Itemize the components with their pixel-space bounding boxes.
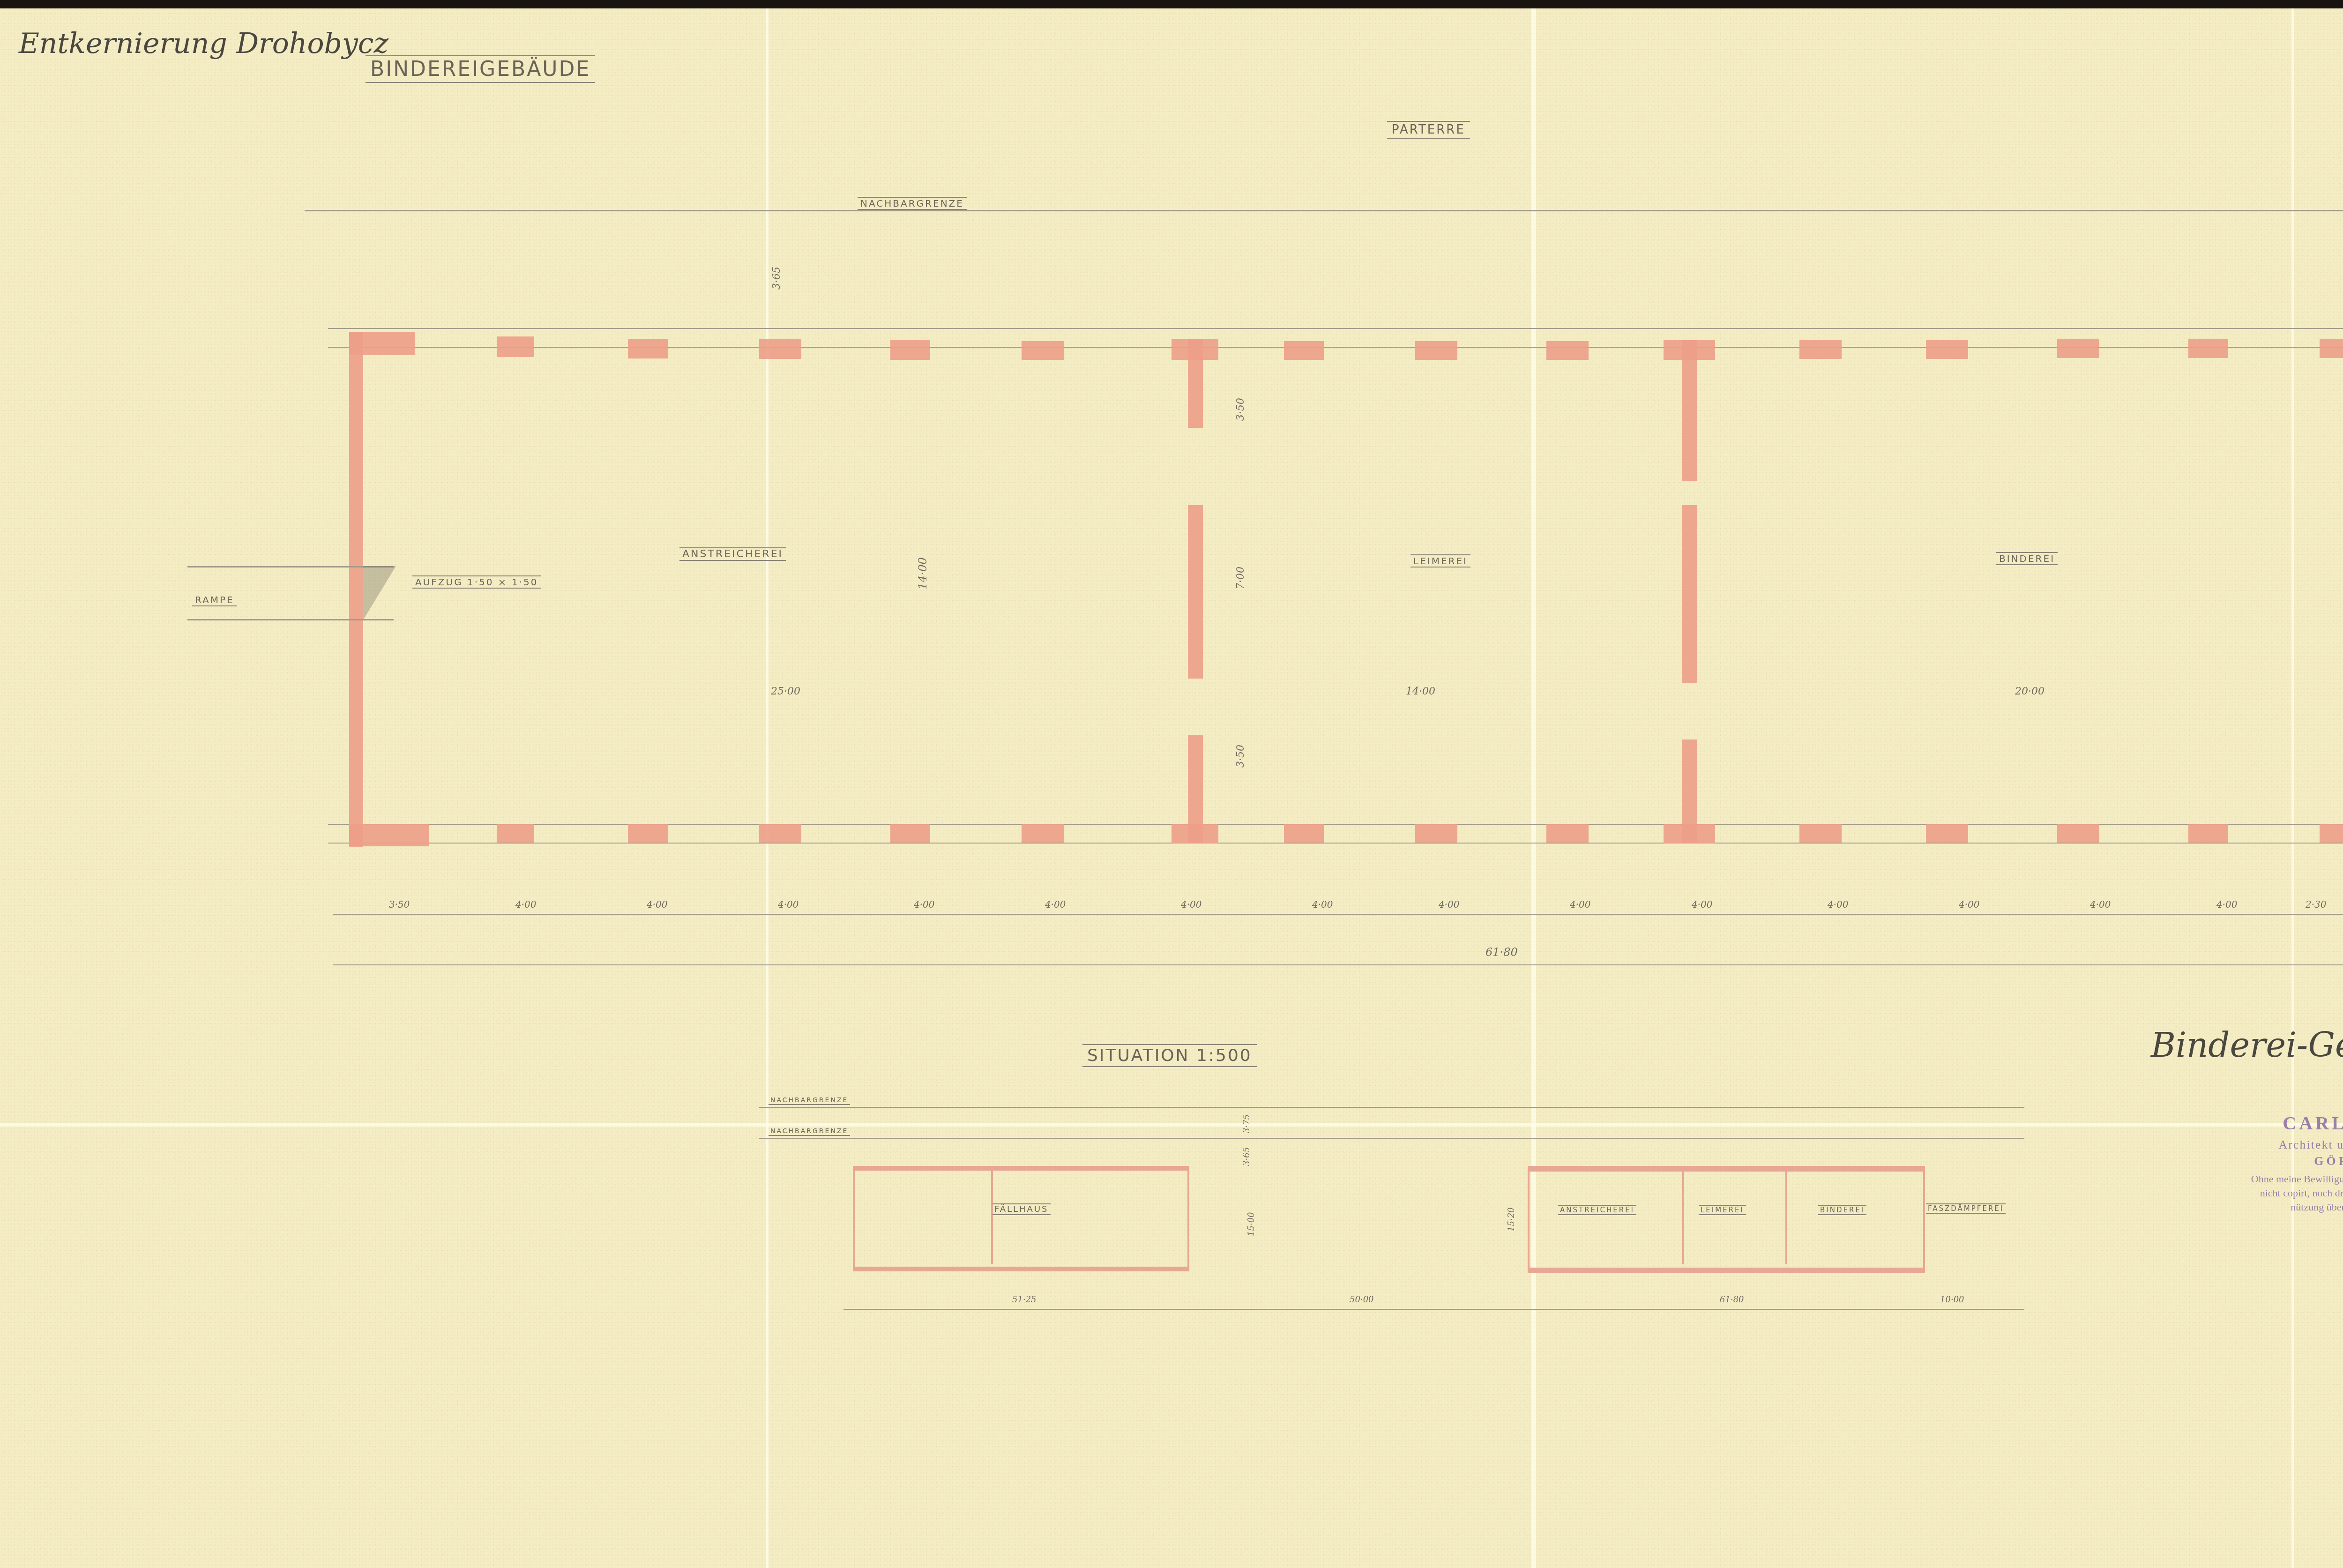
pier-bottom [2057, 824, 2099, 843]
pier-top [1022, 341, 1064, 360]
situation-building-a-divider [991, 1168, 993, 1264]
dim-room-length-1: 25·00 [771, 686, 800, 697]
dim-room-length-2: 14·00 [1406, 686, 1435, 697]
bay-dim: 4·00 [1959, 899, 1980, 910]
partition-wall-1 [1188, 339, 1203, 428]
pier-bottom [890, 824, 930, 843]
bay-dim: 4·00 [778, 899, 799, 910]
stamp-city: GÖRLITZ [2231, 1154, 2343, 1168]
pier-top [759, 339, 801, 359]
situation-room-label: ANSTREICHEREI [1558, 1205, 1636, 1215]
situation-building-b [1528, 1166, 1925, 1273]
situation-building-b-divider [1785, 1171, 1787, 1264]
floor-label: PARTERRE [1387, 121, 1470, 139]
pier-bottom [759, 824, 801, 843]
dim-front-offset: 3·65 [771, 267, 783, 290]
drawing-sheet: Entkernierung Drohobycz BINDEREIGEBÄUDE … [0, 8, 2343, 1568]
pier-top [2057, 339, 2099, 358]
ramp-line-top [187, 566, 394, 567]
partition-wall-1-cap-bottom [1171, 824, 1218, 844]
situation-dim: 10·00 [1940, 1295, 1964, 1305]
pier-bottom [1415, 824, 1457, 843]
lift-shaft-hatch [363, 566, 401, 620]
dim-depth: 14·00 [916, 557, 929, 590]
situation-title: SITUATION 1:500 [1082, 1044, 1257, 1067]
stamp-notice-3: nützung übergeben werden. [2184, 1201, 2343, 1213]
partition-wall-1 [1188, 505, 1203, 679]
stamp-architect-name: CARL KOCH [2231, 1112, 2343, 1134]
axis-line-bottom-2 [328, 843, 2343, 844]
pier-top [1546, 341, 1589, 360]
fold-line-horizontal [0, 1123, 2343, 1127]
situation-building-b-divider [1682, 1171, 1684, 1264]
bay-dim: 4·00 [1570, 899, 1591, 910]
project-title: Entkernierung Drohobycz [19, 27, 388, 60]
wall-left [349, 332, 363, 847]
situation-street-label: NACHBARGRENZE [769, 1097, 850, 1105]
room-label-binderei: BINDEREI [1996, 552, 2058, 565]
neighbour-label-top: NACHBARGRENZE [858, 197, 967, 210]
situation-building-a-label: FÄLLHAUS [992, 1203, 1051, 1215]
bay-dim: 4·00 [914, 899, 935, 910]
lift-label: AUFZUG 1·50 × 1·50 [412, 575, 541, 589]
pier-bottom [1546, 824, 1589, 843]
situation-setback-1: 3·75 [1242, 1114, 1252, 1133]
wall-corner-bottom-left [349, 824, 429, 846]
pier-top [890, 340, 930, 360]
pier-bottom [1799, 824, 1842, 843]
boundary-line-top [305, 210, 2343, 211]
partition-wall-3-cap [2320, 339, 2343, 358]
bay-dim: 4·00 [647, 899, 668, 910]
bay-dim: 4·00 [2090, 899, 2111, 910]
situation-dim: 51·25 [1012, 1295, 1037, 1305]
ramp-label: RAMPE [192, 594, 237, 606]
pier-bottom [497, 824, 534, 843]
bay-dim: 4·00 [515, 899, 537, 910]
ramp-line-bottom [187, 619, 394, 620]
fold-line-vertical-2 [2291, 8, 2294, 1568]
pier-top [2188, 339, 2228, 358]
stamp-notice-1: Ohne meine Bewilligung darf diese Zeichn… [2184, 1173, 2343, 1185]
axis-line-top [328, 328, 2343, 329]
pier-bottom [1284, 824, 1324, 843]
bay-dim: 4·00 [1181, 899, 1202, 910]
dim-door-top: 3·50 [1235, 398, 1246, 421]
partition-wall-2-cap-bottom [1664, 824, 1715, 844]
situation-setback-2: 3·65 [1242, 1147, 1252, 1166]
bay-dim: 4·00 [1439, 899, 1460, 910]
situation-boundary-2 [759, 1138, 2024, 1139]
bay-dim: 4·00 [1692, 899, 1713, 910]
bay-dim: 3·50 [389, 899, 410, 910]
pier-top [1926, 340, 1968, 359]
partition-wall-2 [1682, 505, 1697, 683]
room-label-anstreicherei: ANSTREICHEREI [679, 547, 786, 561]
situation-room-label: LEIMEREI [1699, 1205, 1746, 1215]
situation-depth-a: 15·00 [1246, 1212, 1256, 1236]
situation-room-label: BINDEREI [1818, 1205, 1866, 1215]
pier-top [628, 339, 668, 358]
partition-wall-2 [1682, 340, 1697, 481]
pier-top [1415, 341, 1457, 360]
dim-door-bottom: 3·50 [1235, 745, 1246, 768]
partition-wall-3-cap-bottom [2320, 824, 2343, 843]
overall-dimension-line [333, 964, 2343, 965]
stamp-architect-title: Architekt u. Baumeister [2212, 1138, 2343, 1152]
dim-room-length-3: 20·00 [2015, 686, 2045, 697]
drawing-title: BINDEREIGEBÄUDE [366, 55, 595, 83]
situation-street-label-2: NACHBARGRENZE [769, 1127, 850, 1136]
room-label-leimerei: LEIMEREI [1410, 554, 1470, 567]
pier-top [1284, 341, 1324, 360]
dim-door-mid: 7·00 [1235, 567, 1246, 590]
pier-top [1799, 340, 1842, 359]
situation-room-label: FASZDÄMPFEREI [1926, 1203, 2006, 1214]
situation-dim: 50·00 [1350, 1295, 1374, 1305]
wall-corner-top-left [349, 332, 415, 355]
pier-bottom [1926, 824, 1968, 843]
bay-dim: 2·30 [2306, 899, 2327, 910]
fold-line-vertical-3 [766, 8, 769, 1568]
situation-boundary-1 [759, 1107, 2024, 1108]
bay-dim: 4·00 [2216, 899, 2238, 910]
bay-dim: 4·00 [1828, 899, 1849, 910]
bay-dim: 4·00 [1312, 899, 1333, 910]
bay-dimension-line [333, 914, 2343, 915]
situation-building-a [853, 1166, 1189, 1271]
pier-top [497, 336, 534, 357]
pier-bottom [628, 824, 668, 843]
stamp-notice-2: nicht copirt, noch dritten Personen zur … [2184, 1187, 2343, 1199]
pier-bottom [1022, 824, 1064, 843]
situation-dim: 61·80 [1720, 1295, 1744, 1305]
drawing-caption: Binderei-Gebäude. [2151, 1025, 2343, 1065]
situation-depth-b: 15·20 [1507, 1207, 1516, 1232]
dim-overall-length: 61·80 [1485, 946, 1518, 959]
fold-line-vertical [1531, 8, 1536, 1568]
situation-dimension-line [843, 1309, 2024, 1310]
bay-dim: 4·00 [1045, 899, 1066, 910]
pier-bottom [2188, 824, 2228, 843]
